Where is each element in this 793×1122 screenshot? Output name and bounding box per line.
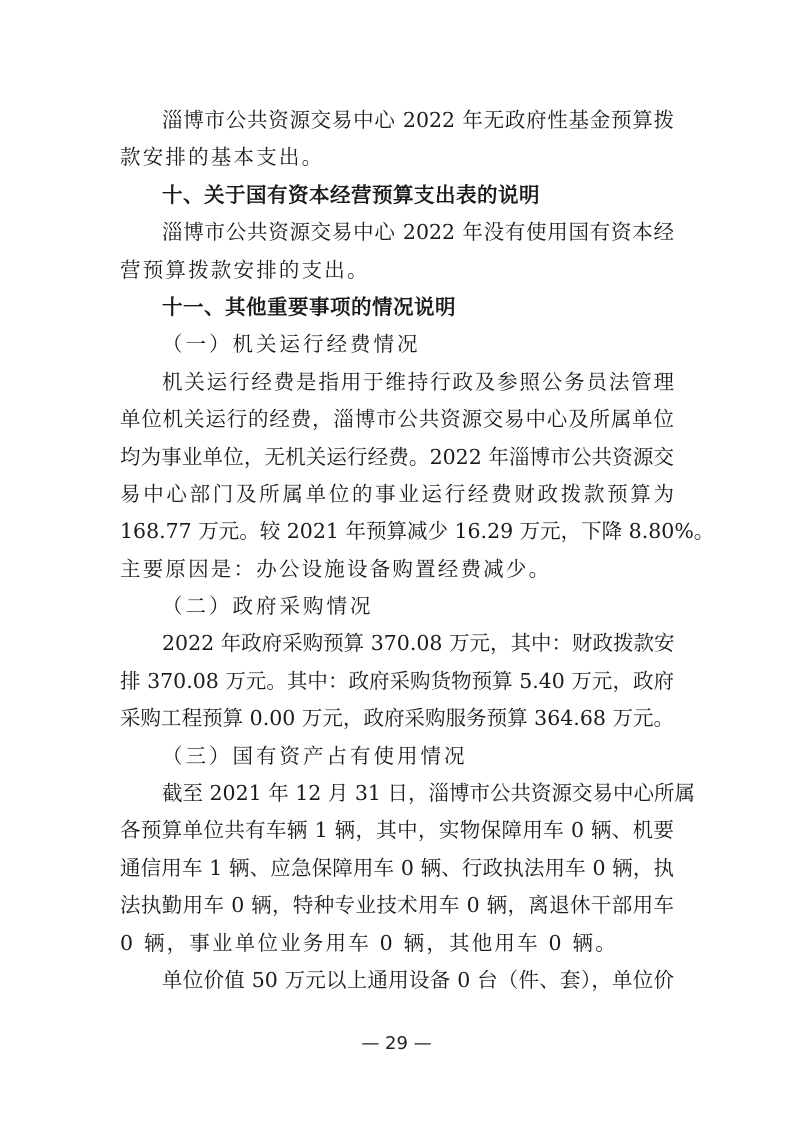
body-line: 主要原因是：办公设施设备购置经费减少。 bbox=[120, 551, 674, 588]
subheading-state-assets: （三）国有资产占有使用情况 bbox=[120, 738, 674, 775]
body-line: 淄博市公共资源交易中心 2022 年没有使用国有资本经 bbox=[120, 214, 674, 251]
body-line: 截至 2021 年 12 月 31 日，淄博市公共资源交易中心所属 bbox=[120, 775, 674, 812]
body-line: 易中心部门及所属单位的事业运行经费财政拨款预算为 bbox=[120, 476, 674, 513]
body-line: 款安排的基本支出。 bbox=[120, 139, 674, 176]
body-line: 168.77 万元。较 2021 年预算减少 16.29 万元，下降 8.80%… bbox=[120, 513, 674, 550]
body-line: 法执勤用车 0 辆，特种专业技术用车 0 辆，离退休干部用车 bbox=[120, 887, 674, 924]
body-line: 各预算单位共有车辆 1 辆，其中，实物保障用车 0 辆、机要 bbox=[120, 812, 674, 849]
body-line: 排 370.08 万元。其中：政府采购货物预算 5.40 万元，政府 bbox=[120, 663, 674, 700]
section-heading-11: 十一、其他重要事项的情况说明 bbox=[120, 289, 674, 326]
body-line: 营预算拨款安排的支出。 bbox=[120, 252, 674, 289]
subheading-operating-expenses: （一）机关运行经费情况 bbox=[120, 326, 674, 363]
body-line: 2022 年政府采购预算 370.08 万元，其中：财政拨款安 bbox=[120, 625, 674, 662]
page-number: — 29 — bbox=[0, 1033, 793, 1054]
body-line: 单位机关运行的经费，淄博市公共资源交易中心及所属单位 bbox=[120, 401, 674, 438]
section-heading-10: 十、关于国有资本经营预算支出表的说明 bbox=[120, 177, 674, 214]
body-line: 采购工程预算 0.00 万元，政府采购服务预算 364.68 万元。 bbox=[120, 700, 674, 737]
body-line: 通信用车 1 辆、应急保障用车 0 辆、行政执法用车 0 辆，执 bbox=[120, 850, 674, 887]
body-line: 机关运行经费是指用于维持行政及参照公务员法管理 bbox=[120, 364, 674, 401]
body-line: 0 辆，事业单位业务用车 0 辆，其他用车 0 辆。 bbox=[120, 925, 674, 962]
body-line: 均为事业单位，无机关运行经费。2022 年淄博市公共资源交 bbox=[120, 439, 674, 476]
body-line: 单位价值 50 万元以上通用设备 0 台（件、套），单位价 bbox=[120, 962, 674, 999]
subheading-government-procurement: （二）政府采购情况 bbox=[120, 588, 674, 625]
document-page: 淄博市公共资源交易中心 2022 年无政府性基金预算拨 款安排的基本支出。 十、… bbox=[120, 102, 674, 999]
body-line: 淄博市公共资源交易中心 2022 年无政府性基金预算拨 bbox=[120, 102, 674, 139]
